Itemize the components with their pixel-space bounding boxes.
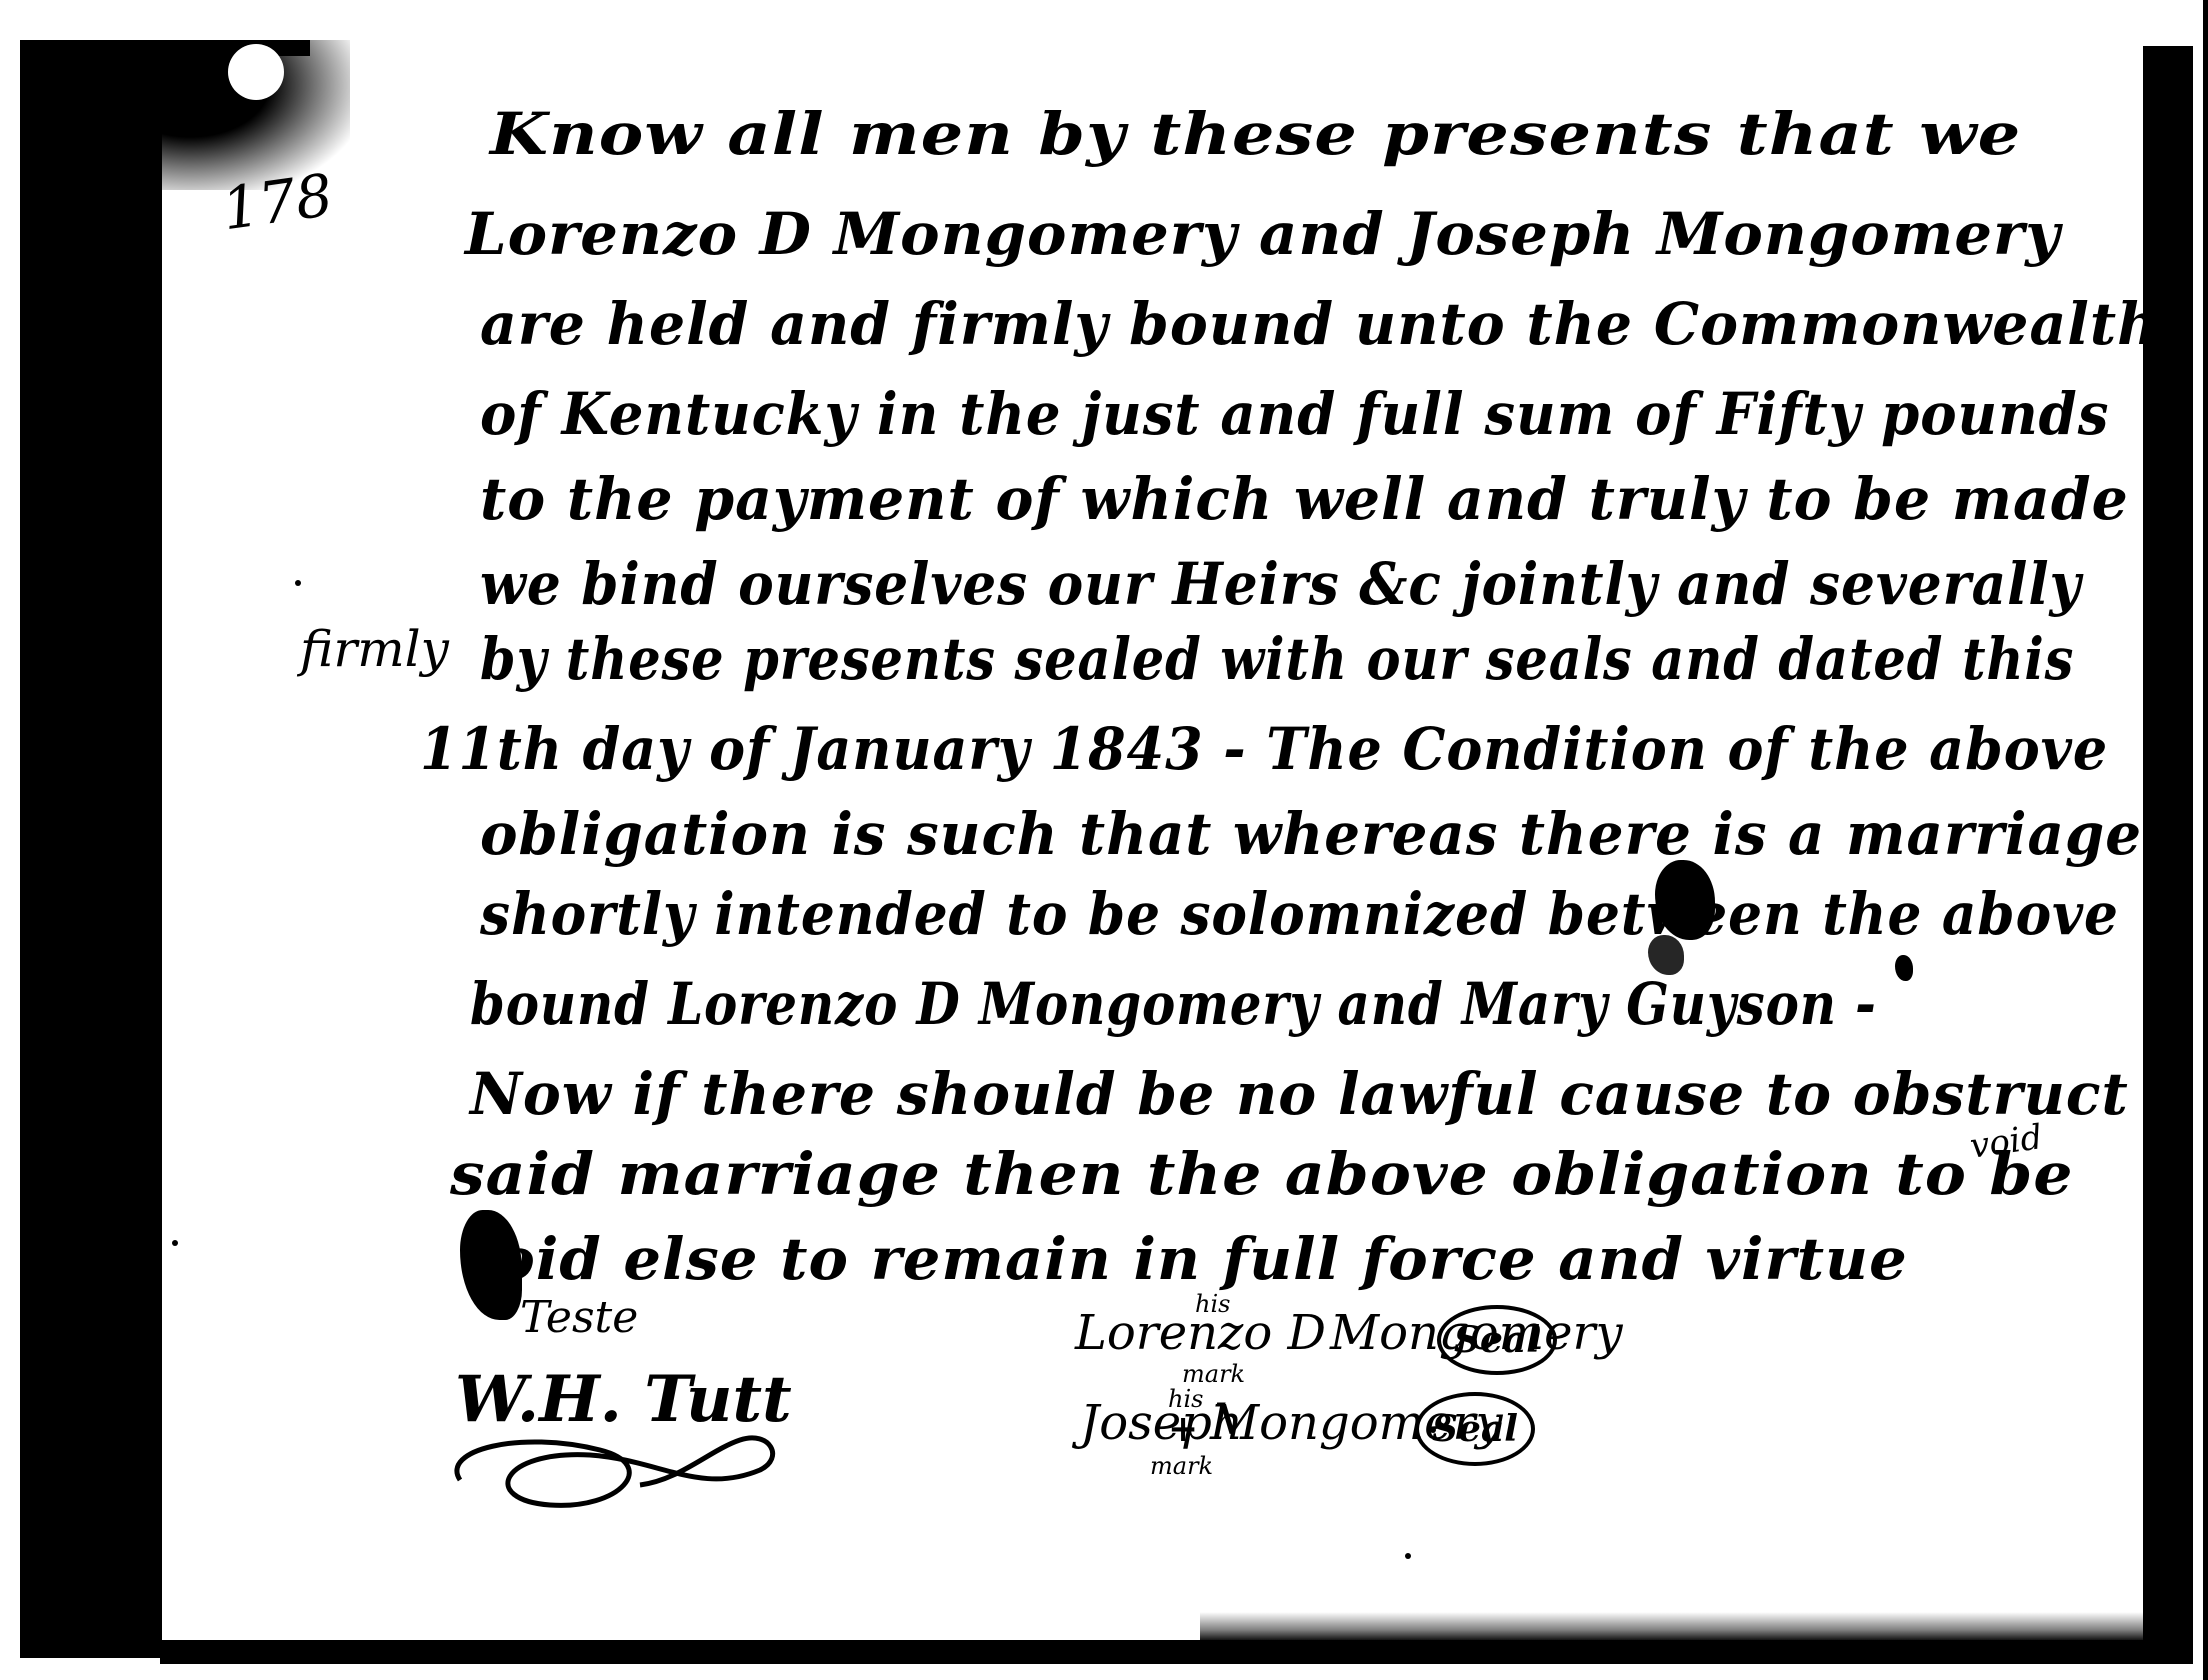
witness-label: Teste (520, 1292, 638, 1343)
scan-bottom-fray (1200, 1612, 2150, 1642)
margin-note-firmly: firmly (300, 620, 449, 678)
ink-blot (1895, 955, 1913, 981)
scan-speck (1430, 1427, 1436, 1433)
body-line-6: we bind ourselves our Heirs &c jointly a… (480, 550, 2081, 618)
scan-right-border (2143, 46, 2193, 1664)
body-line-2: Lorenzo D Mongomery and Joseph Mongomery (465, 200, 2061, 268)
page-number: 178 (218, 161, 337, 244)
scan-left-border (20, 40, 162, 1658)
signatory-1-seal: Seal (1437, 1305, 1557, 1375)
scanned-document-page: 178 firmly Know all men by these present… (0, 0, 2208, 1680)
body-line-13: said marriage then the above obligation … (450, 1140, 2074, 1208)
body-line-11: bound Lorenzo D Mongomery and Mary Guyso… (470, 970, 1877, 1038)
signatory-1-first-name: Lorenzo D (1075, 1305, 1326, 1361)
body-line-14: void else to remain in full force and vi… (460, 1225, 1908, 1293)
body-line-12: Now if there should be no lawful cause t… (470, 1060, 2129, 1128)
body-line-8: 11th day of January 1843 - The Condition… (420, 715, 2108, 783)
body-line-9: obligation is such that whereas there is… (480, 800, 2142, 868)
body-line-3: are held and firmly bound unto the Commo… (480, 290, 2159, 358)
scan-speck (1405, 1553, 1411, 1559)
scan-top-edge (150, 40, 310, 56)
body-line-10: shortly intended to be solomnized betwee… (480, 880, 2119, 948)
body-line-1: Know all men by these presents that we (490, 100, 2021, 168)
scan-right-edge-line (2203, 0, 2208, 1680)
body-line-5: to the payment of which well and truly t… (480, 465, 2129, 533)
ink-blot (1648, 935, 1684, 975)
scan-bottom-border (160, 1640, 2190, 1664)
scan-speck (172, 1240, 178, 1246)
signatory-2-mark-label: mark (1150, 1452, 1213, 1480)
body-line-7: by these presents sealed with our seals … (480, 625, 2074, 693)
body-line-4: of Kentucky in the just and full sum of … (480, 380, 2109, 448)
signatory-1-mark-label: mark (1182, 1360, 1245, 1388)
punch-hole (228, 44, 284, 100)
scan-speck (295, 580, 301, 586)
signature-flourish (440, 1410, 780, 1520)
signatory-2-mark-symbol: + (1168, 1408, 1198, 1450)
